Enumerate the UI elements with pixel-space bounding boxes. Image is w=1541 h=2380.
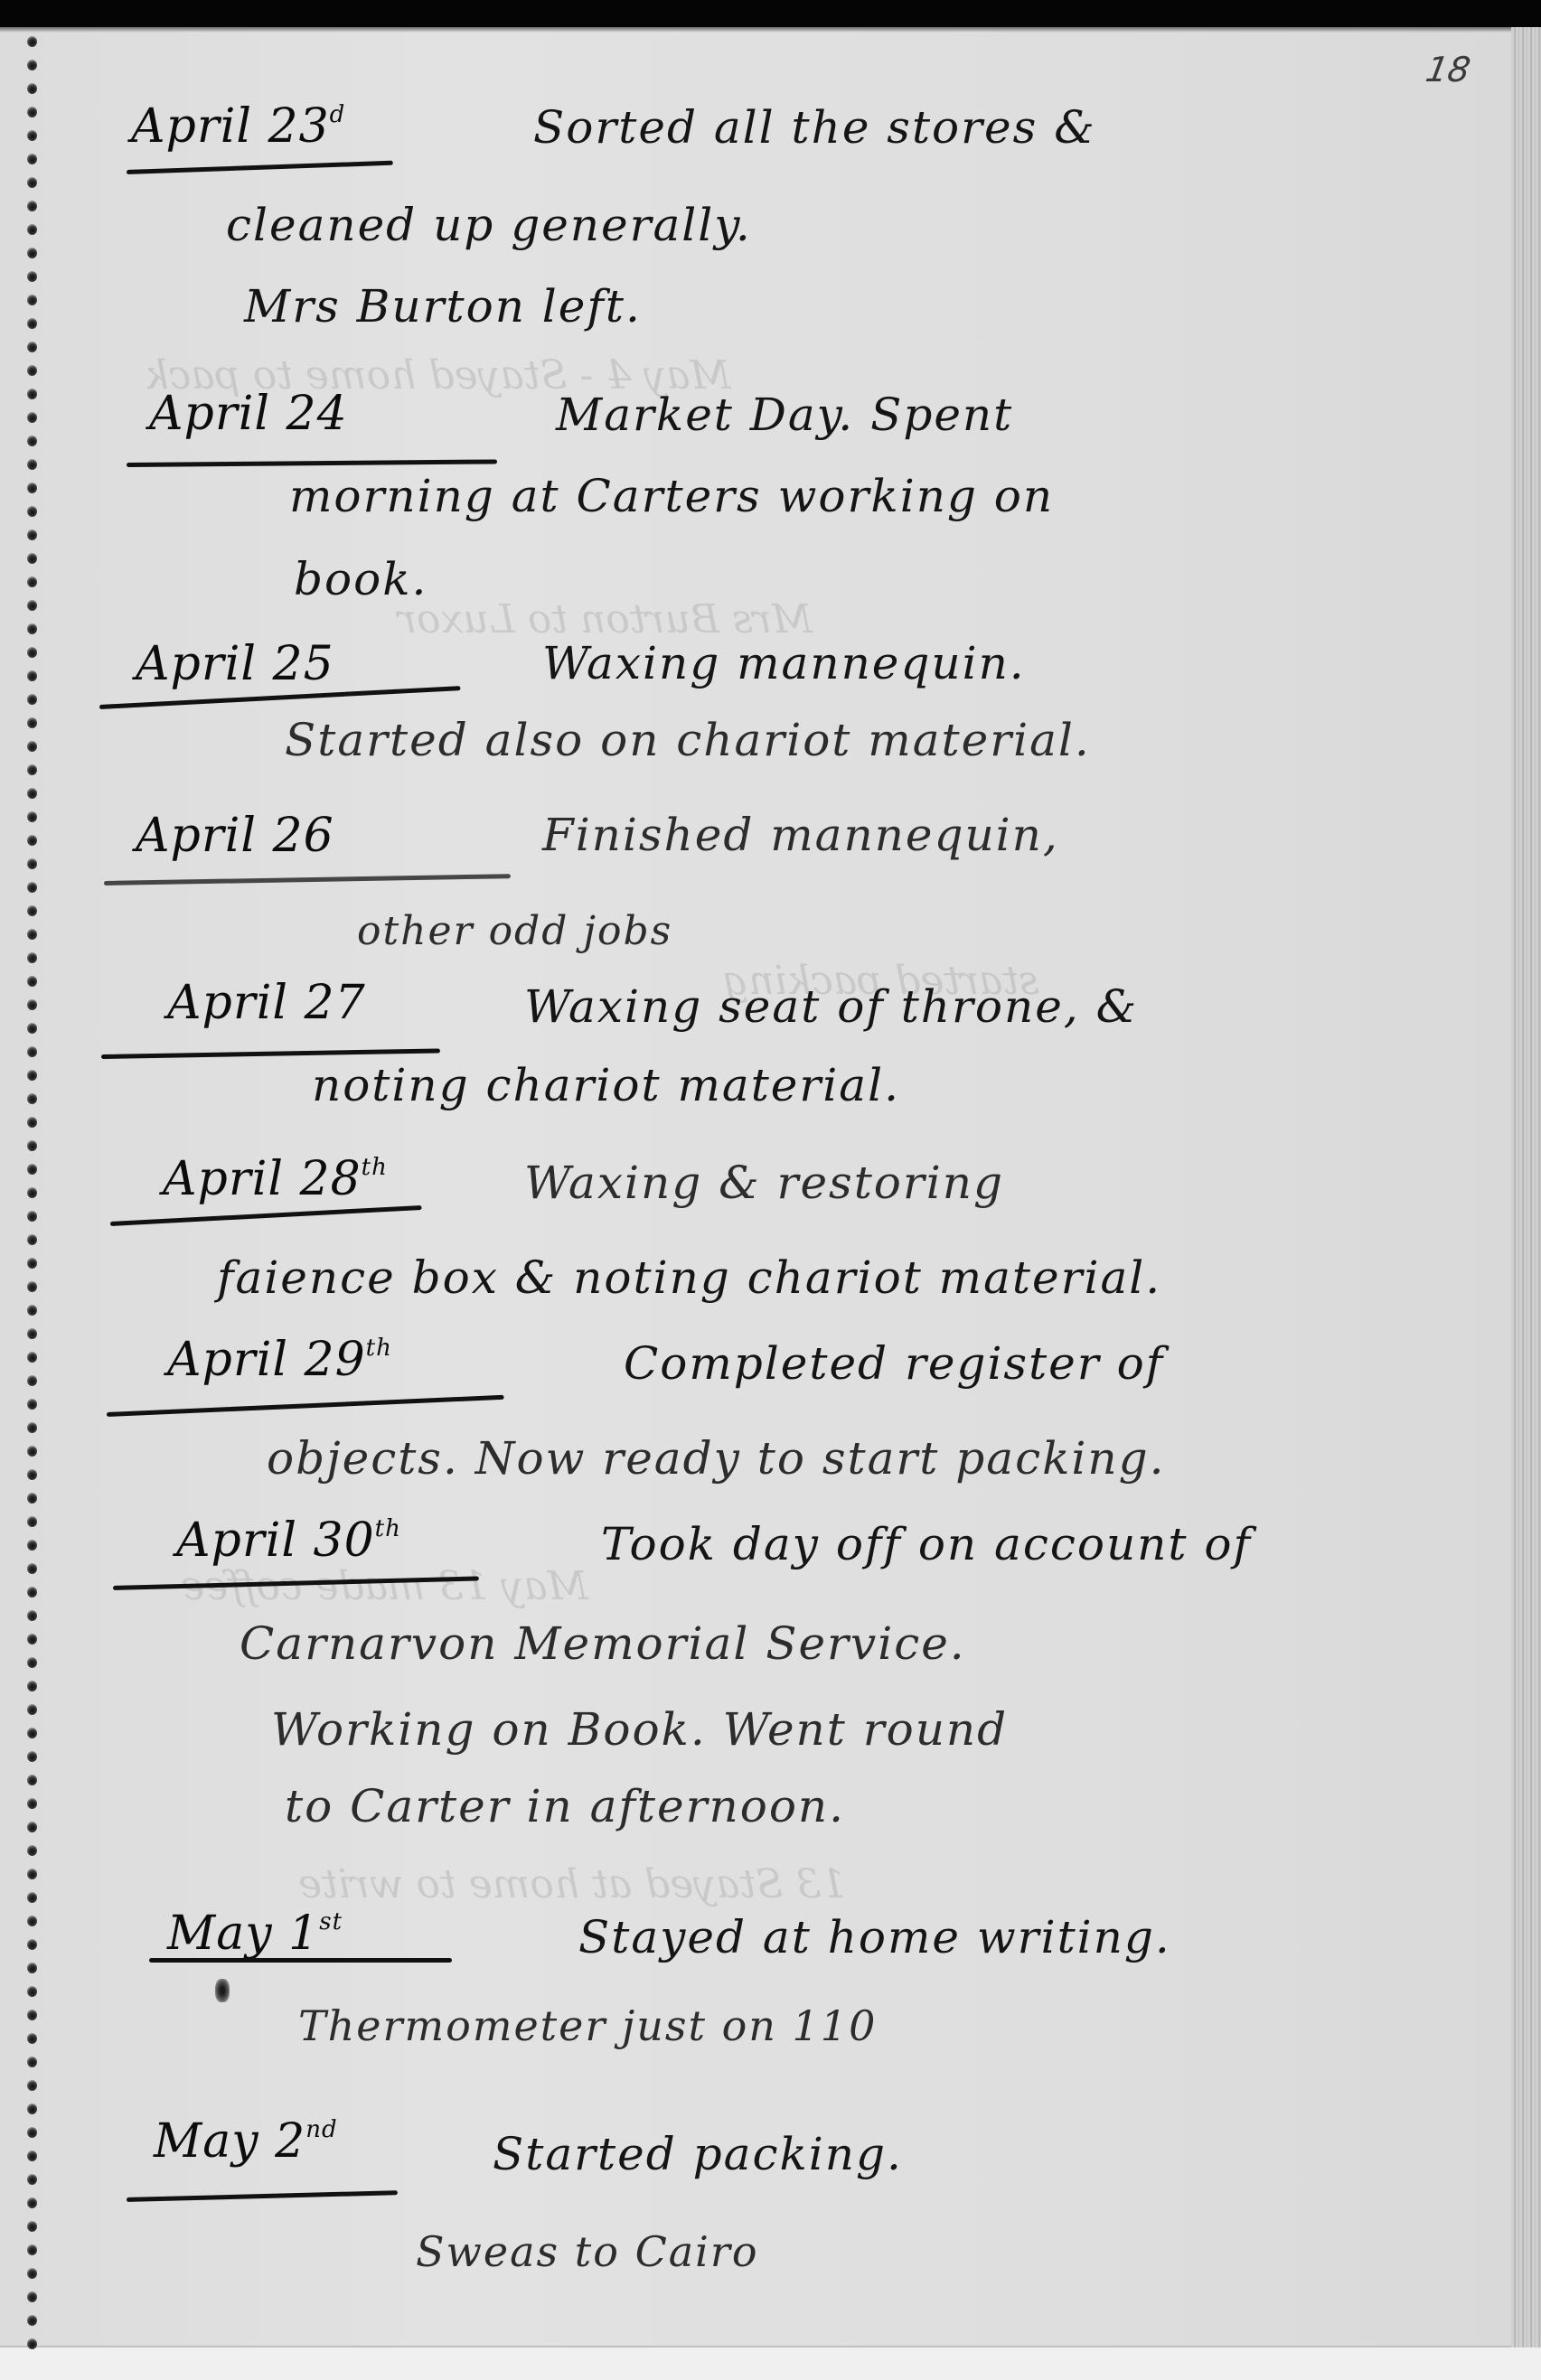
binding-hole xyxy=(27,201,37,211)
entry-text: to Carter in afternoon. xyxy=(285,1780,845,1832)
binding-hole xyxy=(27,365,37,376)
binding-hole xyxy=(27,1822,37,1832)
binding-hole xyxy=(27,2197,37,2208)
binding-hole xyxy=(27,1422,37,1433)
binding-hole xyxy=(27,483,37,493)
binding-hole xyxy=(27,177,37,188)
binding-hole xyxy=(27,1187,37,1198)
entry-date: April 27 xyxy=(167,976,366,1030)
entry-text: morning at Carters working on xyxy=(289,470,1054,522)
page-top-shadow xyxy=(0,27,1511,33)
entry-text: Started packing. xyxy=(493,2128,903,2180)
binding-hole xyxy=(27,412,37,423)
binding-hole xyxy=(27,1563,37,1574)
binding-hole xyxy=(27,1751,37,1762)
binding-hole xyxy=(27,2244,37,2255)
binding-hole xyxy=(27,459,37,470)
binding-hole xyxy=(27,553,37,564)
entry-text: Stayed at home writing. xyxy=(578,1911,1171,1963)
binding-hole xyxy=(27,2150,37,2161)
binding-hole xyxy=(27,1939,37,1950)
spiral-binding-holes xyxy=(27,36,40,2349)
binding-hole xyxy=(27,1093,37,1104)
binding-hole xyxy=(27,1469,37,1480)
binding-hole xyxy=(27,1681,37,1691)
binding-hole xyxy=(27,248,37,258)
binding-hole xyxy=(27,1375,37,1386)
entry-date: April 30th xyxy=(176,1513,401,1568)
binding-hole xyxy=(27,670,37,681)
entry-text: other odd jobs xyxy=(357,908,672,954)
entry-text: Started also on chariot material. xyxy=(285,714,1091,766)
binding-hole xyxy=(27,1540,37,1551)
page-stack-edge xyxy=(1511,27,1541,2349)
date-underline xyxy=(149,1958,452,1963)
binding-hole xyxy=(27,647,37,658)
entry-date: April 26 xyxy=(136,809,334,863)
entry-date: April 23d xyxy=(131,99,345,154)
binding-hole xyxy=(27,1728,37,1738)
binding-hole xyxy=(27,1164,37,1175)
binding-hole xyxy=(27,999,37,1010)
binding-hole xyxy=(27,623,37,634)
binding-hole xyxy=(27,295,37,305)
binding-hole xyxy=(27,1869,37,1879)
binding-hole xyxy=(27,905,37,916)
page-number: 18 xyxy=(1423,50,1473,89)
bleed-through-text: Mrs Burton to Luxor xyxy=(398,596,813,642)
binding-hole xyxy=(27,858,37,869)
binding-hole xyxy=(27,600,37,611)
entry-text: Market Day. Spent xyxy=(556,389,1013,441)
binding-hole xyxy=(27,529,37,540)
entry-text: Carnarvon Memorial Service. xyxy=(240,1617,966,1670)
binding-hole xyxy=(27,1587,37,1598)
binding-hole xyxy=(27,2104,37,2114)
entry-text: noting chariot material. xyxy=(312,1059,900,1111)
binding-hole xyxy=(27,1610,37,1621)
entry-date: April 25 xyxy=(136,637,334,691)
binding-hole xyxy=(27,882,37,893)
binding-hole xyxy=(27,436,37,446)
binding-hole xyxy=(27,835,37,846)
binding-hole xyxy=(27,83,37,94)
binding-hole xyxy=(27,2033,37,2044)
binding-hole xyxy=(27,1211,37,1222)
entry-text: objects. Now ready to start packing. xyxy=(267,1432,1166,1485)
binding-hole xyxy=(27,1399,37,1410)
scanner-top-edge xyxy=(0,0,1541,27)
binding-hole xyxy=(27,1892,37,1903)
binding-hole xyxy=(27,1258,37,1269)
binding-hole xyxy=(27,694,37,705)
binding-hole xyxy=(27,107,37,117)
entry-text: Sweas to Cairo xyxy=(416,2227,759,2276)
binding-hole xyxy=(27,1117,37,1128)
binding-hole xyxy=(27,1140,37,1151)
entry-text: Finished mannequin, xyxy=(542,809,1059,861)
binding-hole xyxy=(27,1446,37,1457)
binding-hole xyxy=(27,788,37,799)
entry-text: Completed register of xyxy=(624,1337,1164,1390)
entry-text: Sorted all the stores & xyxy=(533,101,1096,154)
binding-hole xyxy=(27,1986,37,1997)
binding-hole xyxy=(27,1046,37,1057)
binding-hole xyxy=(27,342,37,352)
binding-hole xyxy=(27,1070,37,1081)
binding-hole xyxy=(27,929,37,940)
binding-hole xyxy=(27,1704,37,1715)
binding-hole xyxy=(27,741,37,752)
scan-background xyxy=(0,2347,1541,2380)
binding-hole xyxy=(27,1352,37,1363)
binding-hole xyxy=(27,224,37,235)
binding-hole xyxy=(27,952,37,963)
entry-text: cleaned up generally. xyxy=(226,199,752,251)
binding-hole xyxy=(27,1845,37,1856)
entry-date: May 2nd xyxy=(154,2114,338,2169)
entry-date: April 24 xyxy=(149,387,348,441)
binding-hole xyxy=(27,130,37,141)
binding-hole xyxy=(27,2010,37,2020)
ink-blot xyxy=(215,1979,230,2002)
binding-hole xyxy=(27,1963,37,1973)
bleed-through-text: 13 Stayed at home to write xyxy=(298,1861,846,1907)
binding-hole xyxy=(27,2057,37,2067)
binding-hole xyxy=(27,60,37,70)
entry-text: Working on Book. Went round xyxy=(271,1703,1008,1756)
binding-hole xyxy=(27,717,37,728)
binding-hole xyxy=(27,2080,37,2091)
binding-hole xyxy=(27,1234,37,1245)
binding-hole xyxy=(27,2221,37,2232)
binding-hole xyxy=(27,576,37,587)
binding-hole xyxy=(27,389,37,399)
binding-hole xyxy=(27,154,37,164)
binding-hole xyxy=(27,1305,37,1316)
binding-hole xyxy=(27,2315,37,2326)
binding-hole xyxy=(27,1657,37,1668)
entry-date: April 28th xyxy=(163,1152,388,1206)
binding-hole xyxy=(27,1023,37,1034)
binding-hole xyxy=(27,2338,37,2349)
binding-hole xyxy=(27,2291,37,2302)
binding-hole xyxy=(27,2174,37,2185)
binding-hole xyxy=(27,976,37,987)
binding-hole xyxy=(27,811,37,822)
binding-hole xyxy=(27,1281,37,1292)
entry-text: Mrs Burton left. xyxy=(244,280,642,333)
binding-hole xyxy=(27,764,37,775)
binding-hole xyxy=(27,2127,37,2138)
entry-text: faience box & noting chariot material. xyxy=(217,1251,1161,1304)
binding-hole xyxy=(27,1916,37,1926)
binding-hole xyxy=(27,318,37,329)
binding-hole xyxy=(27,1516,37,1527)
binding-hole xyxy=(27,506,37,517)
entry-text: Waxing seat of throne, & xyxy=(524,980,1138,1033)
entry-text: book. xyxy=(294,553,428,605)
binding-hole xyxy=(27,2268,37,2279)
binding-hole xyxy=(27,1493,37,1504)
entry-date: April 29th xyxy=(167,1333,392,1387)
binding-hole xyxy=(27,36,37,47)
entry-text: Thermometer just on 110 xyxy=(298,2001,877,2050)
binding-hole xyxy=(27,1798,37,1809)
binding-hole xyxy=(27,271,37,282)
binding-hole xyxy=(27,1775,37,1785)
binding-hole xyxy=(27,1634,37,1644)
entry-date: May 1st xyxy=(167,1907,343,1961)
entry-text: Waxing mannequin. xyxy=(542,637,1026,689)
binding-hole xyxy=(27,1328,37,1339)
entry-text: Waxing & restoring xyxy=(524,1157,1004,1209)
entry-text: Took day off on account of xyxy=(601,1518,1252,1570)
